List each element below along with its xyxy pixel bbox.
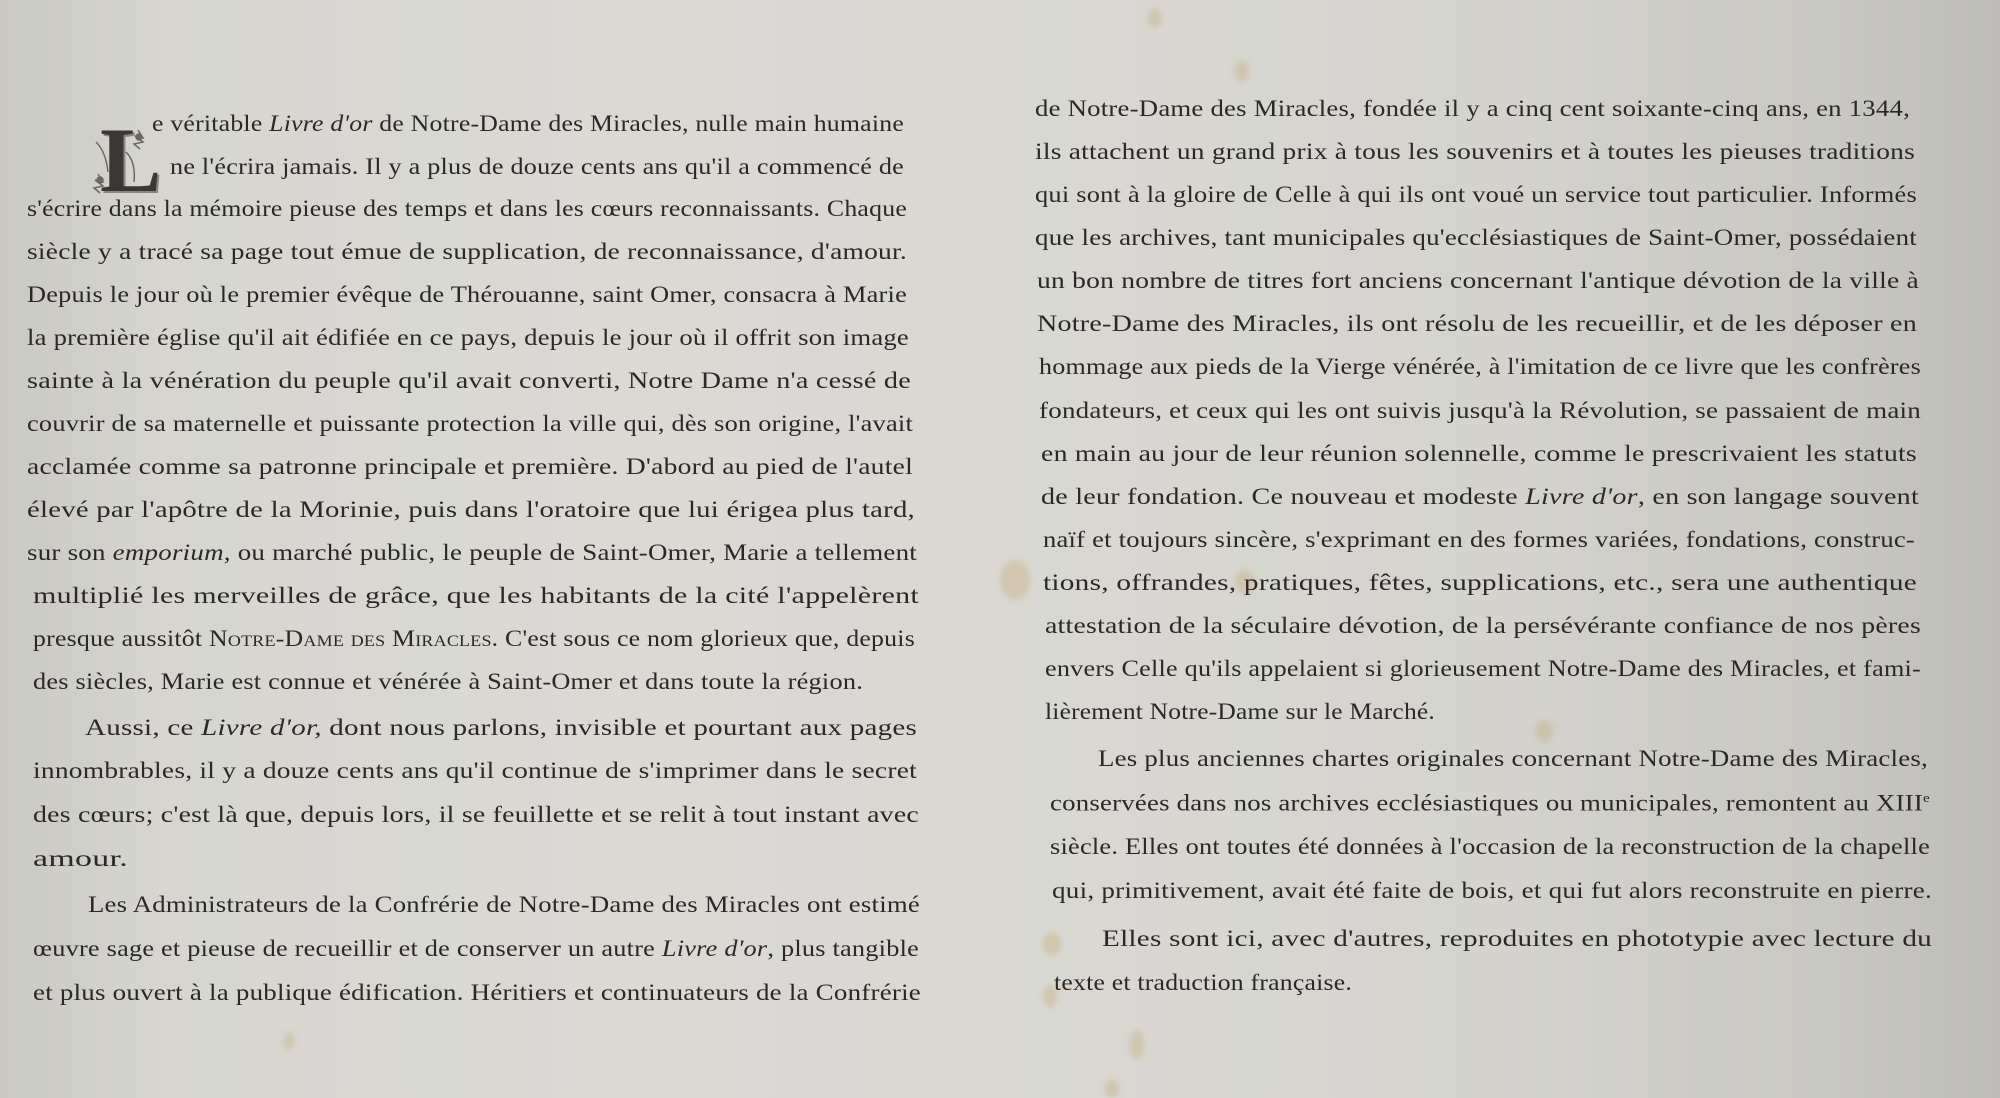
italic-emphasis: Livre d'or — [662, 936, 768, 961]
text-line: texte et traduction française. — [1054, 970, 1352, 996]
paper-stain — [1000, 560, 1030, 600]
line-text: sur son — [27, 540, 113, 565]
text-line: s'écrire dans la mémoire pieuse des temp… — [27, 196, 907, 222]
line-text: siècle. Elles ont toutes été données à l… — [1050, 834, 1930, 859]
line-text: hommage aux pieds de la Vierge vénérée, … — [1039, 354, 1921, 379]
text-line: conservées dans nos archives ecclésiasti… — [1050, 790, 1930, 817]
line-text: Les Administrateurs de la Confrérie de N… — [88, 892, 920, 917]
text-line: que les archives, tant municipales qu'ec… — [1035, 225, 1917, 251]
line-text: conservées dans nos archives ecclésiasti… — [1050, 791, 1923, 816]
line-text: ils attachent un grand prix à tous les s… — [1035, 139, 1915, 164]
line-text-rest: , en son langage souvent — [1638, 484, 1919, 509]
line-text-rest: . C'est sous ce nom glorieux que, depuis — [492, 626, 915, 651]
text-line: Aussi, ce Livre d'or, dont nous parlons,… — [85, 715, 917, 741]
line-text-rest: dont nous parlons, invisible et pourtant… — [322, 715, 917, 740]
line-text: texte et traduction française. — [1054, 970, 1352, 995]
text-line: siècle. Elles ont toutes été données à l… — [1050, 834, 1930, 860]
line-text: couvrir de sa maternelle et puissante pr… — [27, 411, 913, 436]
italic-emphasis: Livre d'or — [269, 111, 372, 136]
line-text: Depuis le jour où le premier évêque de T… — [27, 282, 907, 307]
paper-stain — [1535, 720, 1553, 742]
text-line: lièrement Notre-Dame sur le Marché. — [1045, 699, 1435, 725]
text-line: en main au jour de leur réunion solennel… — [1041, 441, 1917, 467]
text-line: sur son emporium, ou marché public, le p… — [27, 540, 917, 566]
text-line: qui, primitivement, avait été faite de b… — [1052, 878, 1932, 904]
line-text: des cœurs; c'est là que, depuis lors, il… — [33, 802, 919, 827]
text-line: presque aussitôt Notre-Dame des Miracles… — [33, 626, 915, 652]
text-line: couvrir de sa maternelle et puissante pr… — [27, 411, 913, 437]
line-text: tions, offrandes, pratiques, fêtes, supp… — [1043, 570, 1917, 595]
text-line: innombrables, il y a douze cents ans qu'… — [33, 758, 917, 784]
line-text: qui sont à la gloire de Celle à qui ils … — [1035, 182, 1917, 207]
text-line: fondateurs, et ceux qui les ont suivis j… — [1039, 398, 1921, 424]
text-line: hommage aux pieds de la Vierge vénérée, … — [1039, 354, 1921, 380]
text-line: des siècles, Marie est connue et vénérée… — [33, 669, 863, 695]
line-text: Les plus anciennes chartes originales co… — [1098, 746, 1928, 771]
line-text: amour. — [33, 846, 128, 871]
text-line: amour. — [33, 846, 128, 872]
line-text: que les archives, tant municipales qu'ec… — [1035, 225, 1917, 250]
paper-stain — [1235, 60, 1249, 82]
line-text: innombrables, il y a douze cents ans qu'… — [33, 758, 917, 783]
line-text: Notre-Dame des Miracles, ils ont résolu … — [1037, 311, 1917, 336]
line-text: qui, primitivement, avait été faite de b… — [1052, 878, 1932, 903]
line-text: sainte à la vénération du peuple qu'il a… — [27, 368, 911, 393]
text-line: un bon nombre de titres fort anciens con… — [1037, 268, 1919, 294]
small-caps-title: Notre-Dame des Miracles — [209, 626, 492, 651]
text-line: envers Celle qu'ils appelaient si glorie… — [1045, 656, 1921, 682]
line-text: de Notre-Dame des Miracles, fondée il y … — [1035, 96, 1910, 121]
text-line: œuvre sage et pieuse de recueillir et de… — [33, 936, 919, 962]
line-text: la première église qu'il ait édifiée en … — [27, 325, 909, 350]
text-line: tions, offrandes, pratiques, fêtes, supp… — [1043, 570, 1917, 596]
line-text: siècle y a tracé sa page tout émue de su… — [27, 239, 907, 264]
paper-stain — [1043, 932, 1061, 956]
paper-stain — [284, 1032, 294, 1050]
text-line: ne l'écrira jamais. Il y a plus de douze… — [170, 154, 904, 180]
paper-stain — [1105, 1080, 1119, 1098]
line-text: fondateurs, et ceux qui les ont suivis j… — [1039, 398, 1921, 423]
line-text: un bon nombre de titres fort anciens con… — [1037, 268, 1919, 293]
paper-stain — [1130, 1030, 1144, 1060]
line-text: e véritable — [152, 111, 269, 136]
line-text: des siècles, Marie est connue et vénérée… — [33, 669, 863, 694]
text-line: élevé par l'apôtre de la Morinie, puis d… — [27, 497, 915, 523]
line-text: élevé par l'apôtre de la Morinie, puis d… — [27, 497, 915, 522]
text-line: de Notre-Dame des Miracles, fondée il y … — [1035, 96, 1910, 122]
italic-emphasis: Livre d'or — [1525, 484, 1638, 509]
text-line: Depuis le jour où le premier évêque de T… — [27, 282, 907, 308]
line-text: Aussi, ce — [85, 715, 201, 740]
line-text-rest: ou marché public, le peuple de Saint-Ome… — [231, 540, 917, 565]
line-text: naïf et toujours sincère, s'exprimant en… — [1043, 527, 1915, 552]
text-line: acclamée comme sa patronne principale et… — [27, 454, 913, 480]
italic-emphasis: Livre d'or, — [201, 715, 322, 740]
text-line: des cœurs; c'est là que, depuis lors, il… — [33, 802, 919, 828]
text-line: siècle y a tracé sa page tout émue de su… — [27, 239, 907, 265]
text-line: naïf et toujours sincère, s'exprimant en… — [1043, 527, 1915, 553]
italic-emphasis: emporium, — [113, 540, 231, 565]
text-line: qui sont à la gloire de Celle à qui ils … — [1035, 182, 1917, 208]
text-line: Les plus anciennes chartes originales co… — [1098, 746, 1928, 772]
text-line: attestation de la séculaire dévotion, de… — [1045, 613, 1921, 639]
line-text: s'écrire dans la mémoire pieuse des temp… — [27, 196, 907, 221]
line-text: Elles sont ici, avec d'autres, reproduit… — [1102, 926, 1932, 951]
line-text: acclamée comme sa patronne principale et… — [27, 454, 913, 479]
text-line: ils attachent un grand prix à tous les s… — [1035, 139, 1915, 165]
text-line: multiplié les merveilles de grâce, que l… — [33, 583, 919, 609]
text-line: Notre-Dame des Miracles, ils ont résolu … — [1037, 311, 1917, 337]
line-text: presque aussitôt — [33, 626, 209, 651]
text-line: e véritable Livre d'or de Notre-Dame des… — [152, 111, 904, 137]
line-text: envers Celle qu'ils appelaient si glorie… — [1045, 656, 1921, 681]
line-text: en main au jour de leur réunion solennel… — [1041, 441, 1917, 466]
text-line: Les Administrateurs de la Confrérie de N… — [88, 892, 920, 918]
line-text: attestation de la séculaire dévotion, de… — [1045, 613, 1921, 638]
paper-stain — [1148, 8, 1162, 28]
line-text: de leur fondation. Ce nouveau et modeste — [1041, 484, 1525, 509]
line-text: œuvre sage et pieuse de recueillir et de… — [33, 936, 662, 961]
text-line: la première église qu'il ait édifiée en … — [27, 325, 909, 351]
text-line: sainte à la vénération du peuple qu'il a… — [27, 368, 911, 394]
superscript: e — [1923, 790, 1930, 805]
line-text: et plus ouvert à la publique édification… — [33, 980, 921, 1005]
line-text: lièrement Notre-Dame sur le Marché. — [1045, 699, 1435, 724]
text-line: de leur fondation. Ce nouveau et modeste… — [1041, 484, 1919, 510]
line-text: ne l'écrira jamais. Il y a plus de douze… — [170, 154, 904, 179]
line-text-rest: , plus tangible — [767, 936, 919, 961]
line-text-rest: de Notre-Dame des Miracles, nulle main h… — [373, 111, 904, 136]
text-line: Elles sont ici, avec d'autres, reproduit… — [1102, 926, 1932, 952]
text-line: et plus ouvert à la publique édification… — [33, 980, 921, 1006]
decorated-dropcap: L — [86, 122, 152, 198]
line-text: multiplié les merveilles de grâce, que l… — [33, 583, 919, 608]
